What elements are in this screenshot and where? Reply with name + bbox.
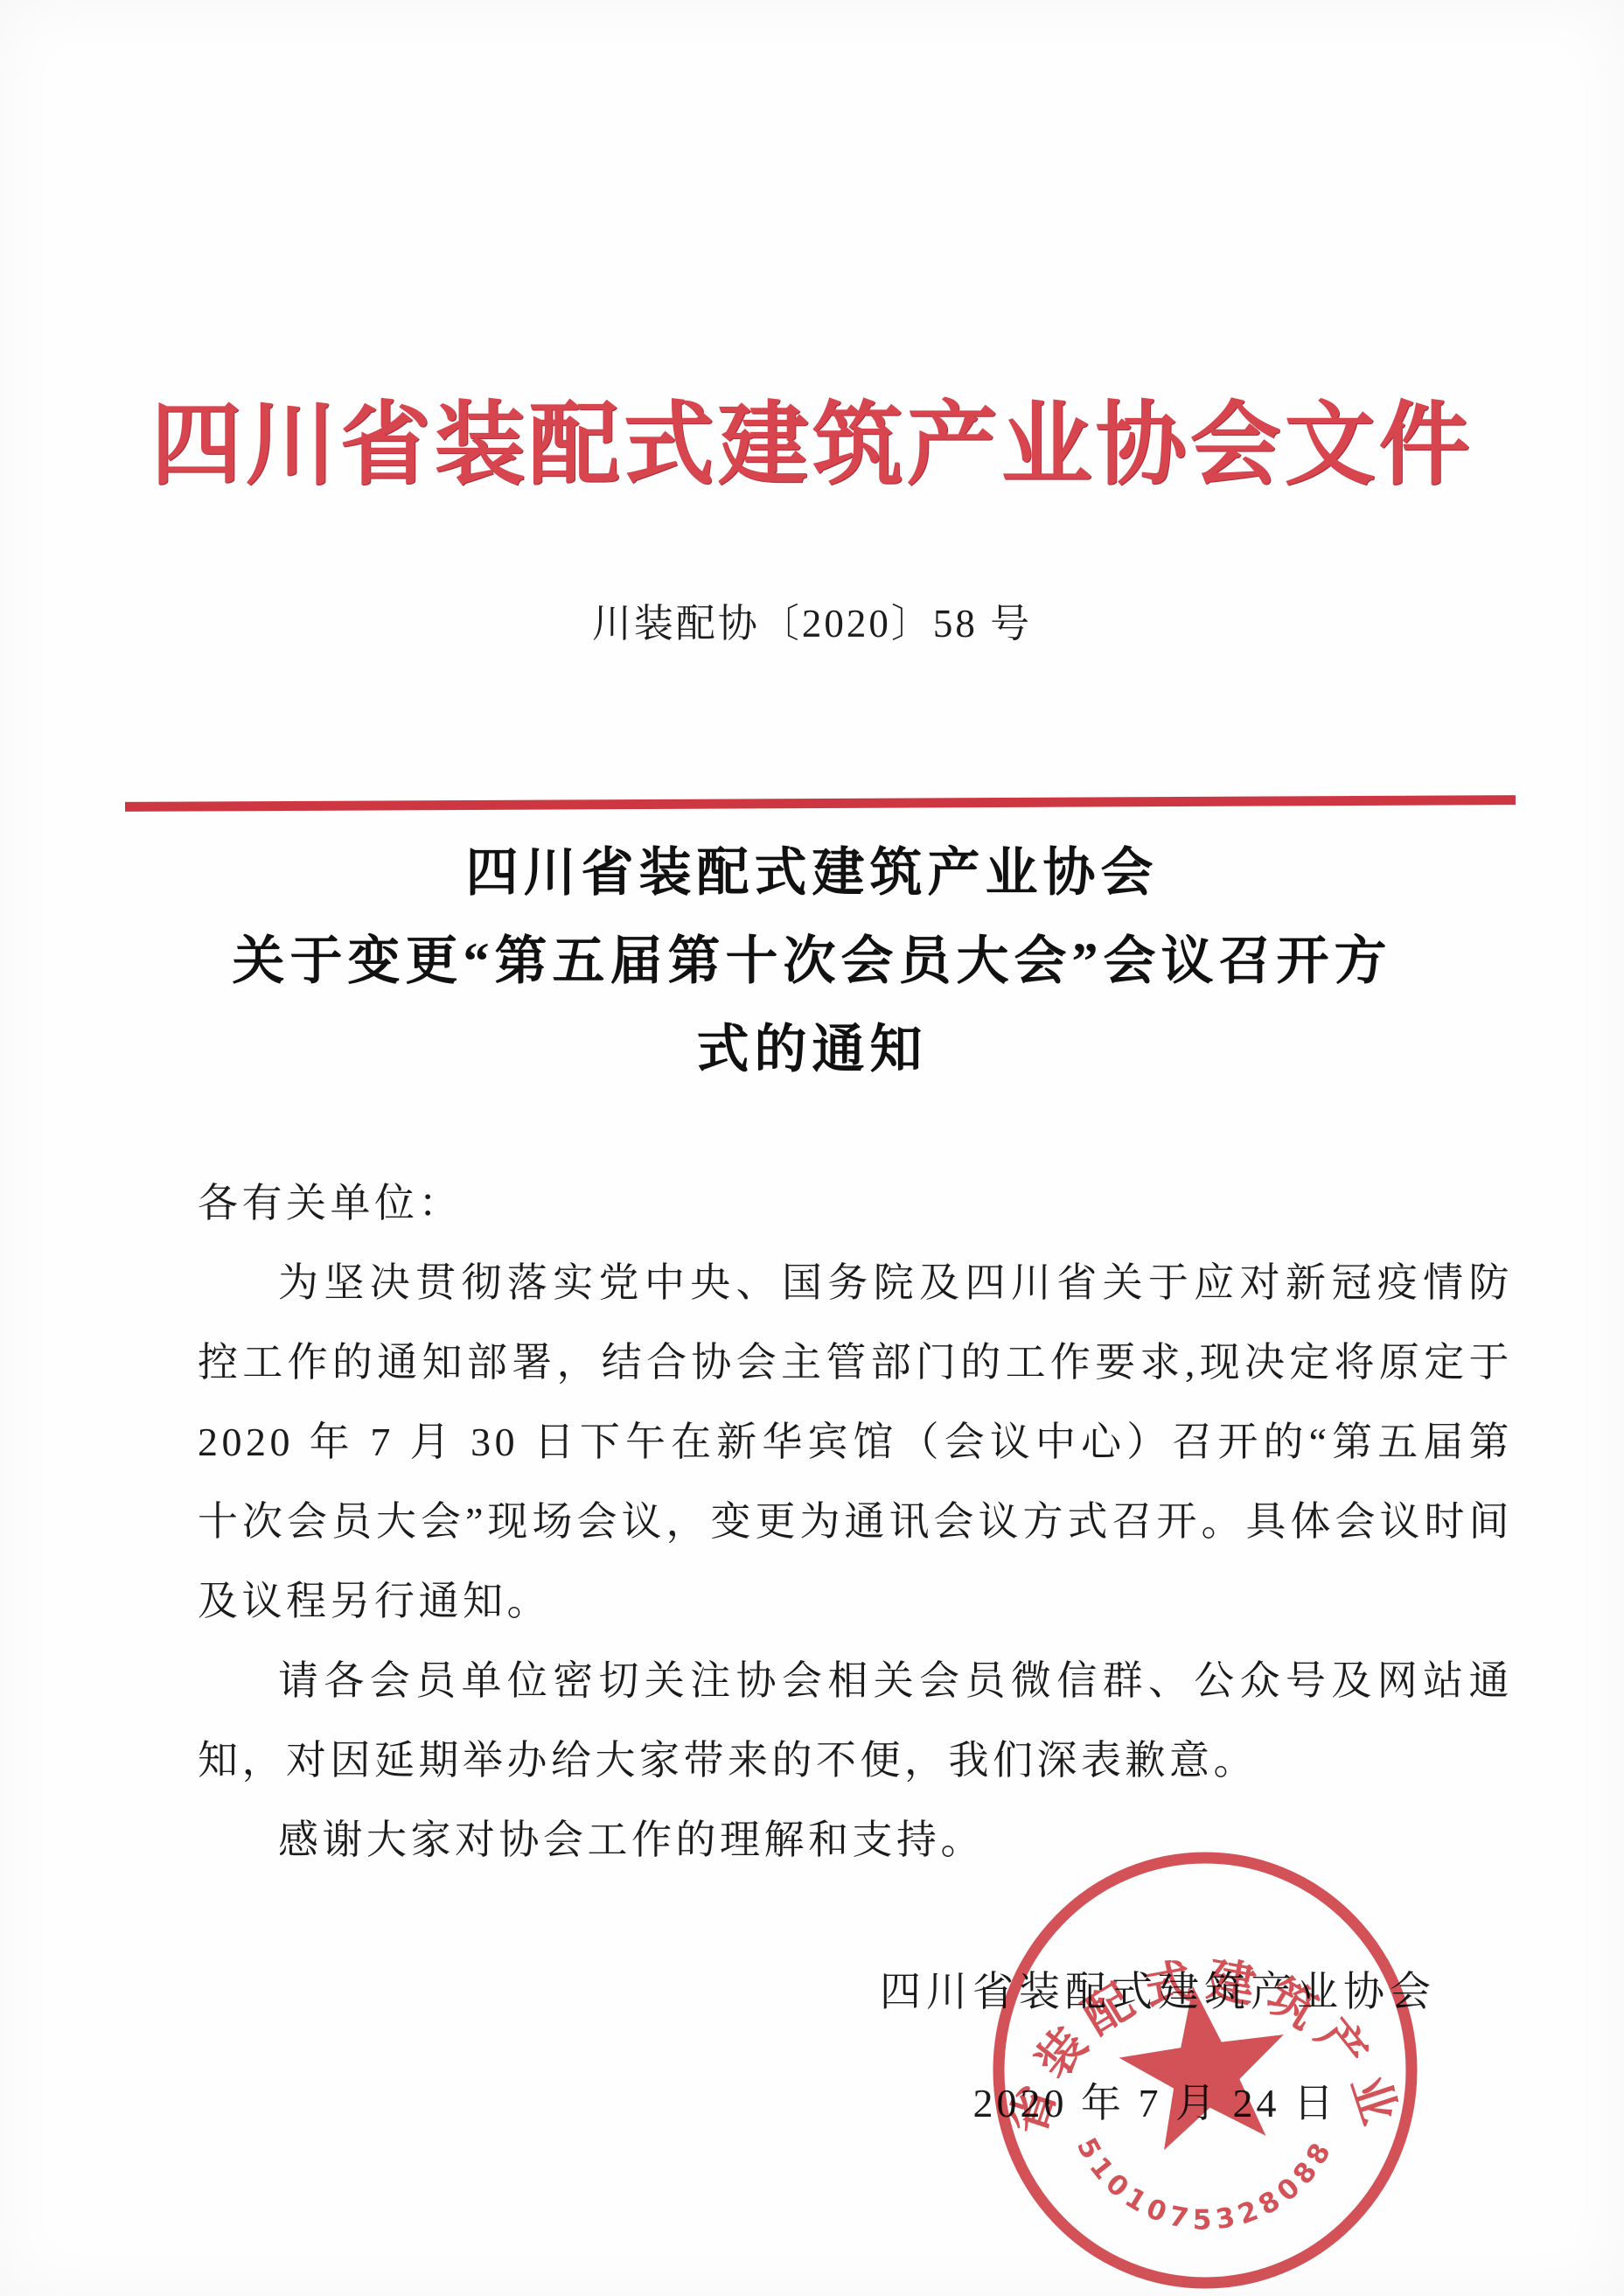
salutation: 各有关单位： [198,1163,1513,1243]
seal-registration-code: 5101075328088 [1070,2132,1340,2236]
official-seal: 四川省装配式建筑产业协会 5101075328088 [986,1850,1424,2292]
red-divider-rule [125,795,1516,812]
document-number: 川装配协〔2020〕58 号 [0,591,1624,648]
document-title: 四川省装配式建筑产业协会 关于变更“第五届第十次会员大会”会议召开方 式的通知 [0,829,1624,1094]
document-title-line-3: 式的通知 [0,1006,1624,1094]
letterhead-title: 四川省装配式建筑产业协会文件 [0,371,1624,502]
document-body: 各有关单位： 为坚决贯彻落实党中央、国务院及四川省关于应对新冠疫情防控工作的通知… [198,1163,1513,1880]
document-title-line-1: 四川省装配式建筑产业协会 [0,829,1624,918]
paragraph-1: 为坚决贯彻落实党中央、国务院及四川省关于应对新冠疫情防控工作的通知部署，结合协会… [198,1243,1513,1641]
paragraph-2: 请各会员单位密切关注协会相关会员微信群、公众号及网站通知，对因延期举办给大家带来… [198,1641,1513,1800]
document-title-line-2: 关于变更“第五届第十次会员大会”会议召开方 [0,918,1624,1006]
document-page: 四川省装配式建筑产业协会文件 川装配协〔2020〕58 号 四川省装配式建筑产业… [0,0,1624,2296]
